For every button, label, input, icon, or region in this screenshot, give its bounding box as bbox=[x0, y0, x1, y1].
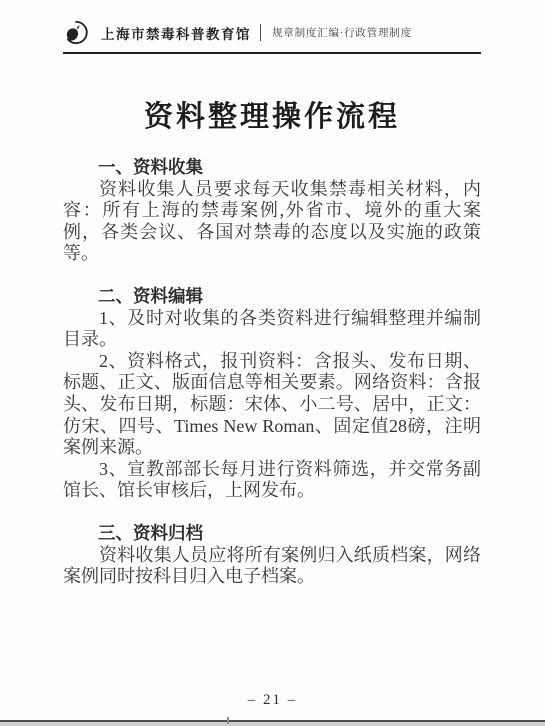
page-header: 上海市禁毒科普教育馆 规章制度汇编·行政管理制度 bbox=[63, 20, 481, 54]
page-number: – 21 – bbox=[248, 692, 298, 708]
section-heading: 一、资料收集 bbox=[63, 157, 481, 179]
paragraph: 资料收集人员要求每天收集禁毒相关材料，内容：所有上海的禁毒案例,外省市、境外的重… bbox=[63, 179, 481, 265]
header-divider bbox=[260, 24, 261, 41]
org-name: 上海市禁毒科普教育馆 bbox=[101, 23, 251, 43]
header-subtitle: 规章制度汇编·行政管理制度 bbox=[272, 25, 412, 40]
page-seam-mark bbox=[227, 717, 229, 724]
paragraph: 2、资料格式，报刊资料：含报头、发布日期、标题、正文、版面信息等相关要素。网络资… bbox=[63, 351, 481, 459]
page-bottom-edge bbox=[0, 720, 545, 726]
paragraph: 1、及时对收集的各类资料进行编辑整理并编制目录。 bbox=[63, 308, 481, 351]
museum-logo-icon bbox=[63, 20, 88, 45]
paragraph: 资料收集人员应将所有案例归入纸质档案，网络案例同时按科目归入电子档案。 bbox=[63, 545, 481, 588]
section-heading: 三、资料归档 bbox=[63, 523, 481, 545]
section-collection: 一、资料收集 资料收集人员要求每天收集禁毒相关材料，内容：所有上海的禁毒案例,外… bbox=[63, 157, 481, 265]
section-heading: 二、资料编辑 bbox=[63, 286, 481, 308]
section-archiving: 三、资料归档 资料收集人员应将所有案例归入纸质档案，网络案例同时按科目归入电子档… bbox=[63, 523, 481, 588]
page-footer: – 21 – bbox=[0, 691, 545, 709]
paragraph: 3、宣教部部长每月进行资料筛选，并交常务副馆长、馆长审核后，上网发布。 bbox=[63, 459, 481, 502]
document-page: 上海市禁毒科普教育馆 规章制度汇编·行政管理制度 资料整理操作流程 一、资料收集… bbox=[0, 0, 545, 726]
section-editing: 二、资料编辑 1、及时对收集的各类资料进行编辑整理并编制目录。 2、资料格式，报… bbox=[63, 286, 481, 502]
document-body: 资料整理操作流程 一、资料收集 资料收集人员要求每天收集禁毒相关材料，内容：所有… bbox=[63, 100, 481, 588]
document-title: 资料整理操作流程 bbox=[63, 100, 481, 134]
